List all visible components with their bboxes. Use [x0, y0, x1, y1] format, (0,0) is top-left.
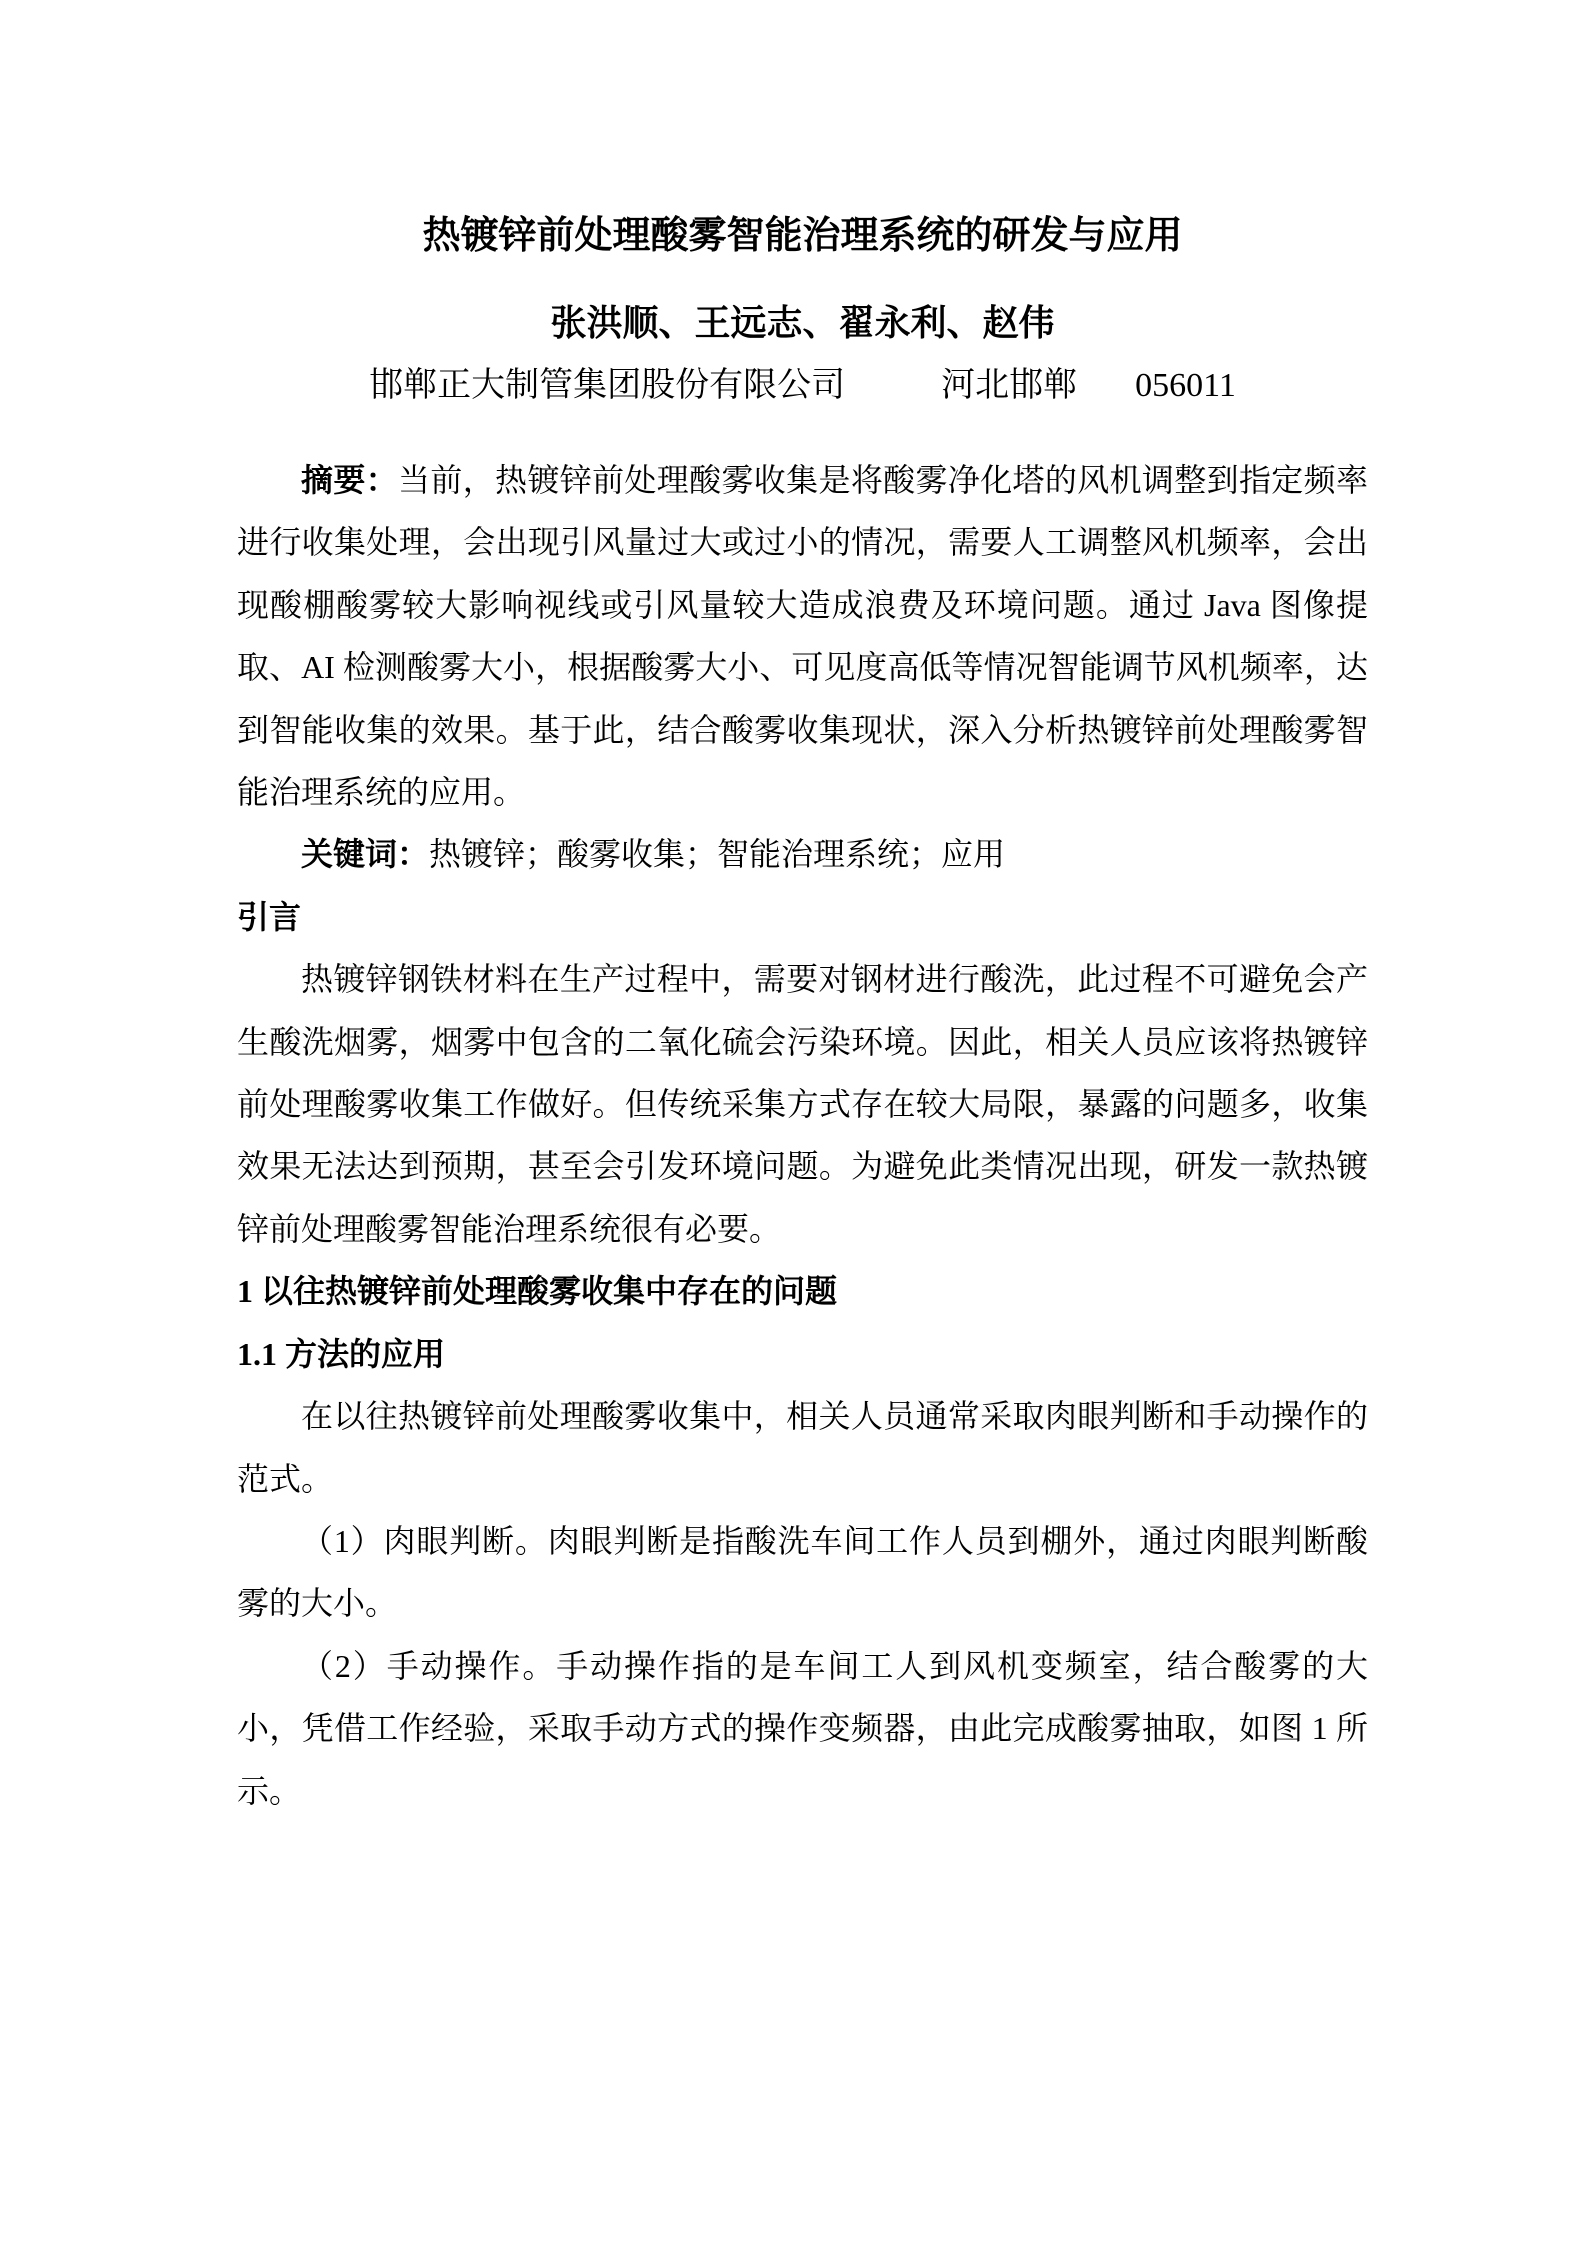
- paper-title: 热镀锌前处理酸雾智能治理系统的研发与应用: [237, 213, 1368, 259]
- affiliation-line: 邯郸正大制管集团股份有限公司河北邯郸056011: [237, 366, 1368, 406]
- affiliation-org: 邯郸正大制管集团股份有限公司: [369, 367, 845, 404]
- intro-heading: 引言: [237, 886, 1368, 948]
- affiliation-zip: 056011: [1135, 367, 1236, 404]
- affiliation-city: 河北邯郸: [941, 367, 1077, 404]
- abstract-text: 当前，热镀锌前处理酸雾收集是将酸雾净化塔的风机调整到指定频率进行收集处理，会出现…: [237, 462, 1368, 810]
- document-page: 热镀锌前处理酸雾智能治理系统的研发与应用 张洪顺、王远志、翟永利、赵伟 邯郸正大…: [0, 0, 1587, 2245]
- keywords-line: 关键词：热镀锌；酸雾收集；智能治理系统；应用: [237, 823, 1368, 885]
- paper-authors: 张洪顺、王远志、翟永利、赵伟: [237, 301, 1368, 345]
- manual-operation-paragraph: （2）手动操作。手动操作指的是车间工人到风机变频室，结合酸雾的大小，凭借工作经验…: [237, 1635, 1368, 1822]
- section-1-heading: 1 以往热镀锌前处理酸雾收集中存在的问题: [237, 1260, 1368, 1322]
- method-overview-paragraph: 在以往热镀锌前处理酸雾收集中，相关人员通常采取肉眼判断和手动操作的范式。: [237, 1385, 1368, 1510]
- abstract-label: 摘要：: [301, 462, 398, 498]
- section-1-1-heading: 1.1 方法的应用: [237, 1323, 1368, 1385]
- abstract-paragraph: 摘要：当前，热镀锌前处理酸雾收集是将酸雾净化塔的风机调整到指定频率进行收集处理，…: [237, 449, 1368, 823]
- document-body: 摘要：当前，热镀锌前处理酸雾收集是将酸雾净化塔的风机调整到指定频率进行收集处理，…: [237, 449, 1368, 1822]
- visual-judgment-paragraph: （1）肉眼判断。肉眼判断是指酸洗车间工作人员到棚外，通过肉眼判断酸雾的大小。: [237, 1510, 1368, 1635]
- keywords-text: 热镀锌；酸雾收集；智能治理系统；应用: [429, 836, 1005, 872]
- keywords-label: 关键词：: [301, 836, 429, 872]
- intro-paragraph: 热镀锌钢铁材料在生产过程中，需要对钢材进行酸洗，此过程不可避免会产生酸洗烟雾，烟…: [237, 948, 1368, 1260]
